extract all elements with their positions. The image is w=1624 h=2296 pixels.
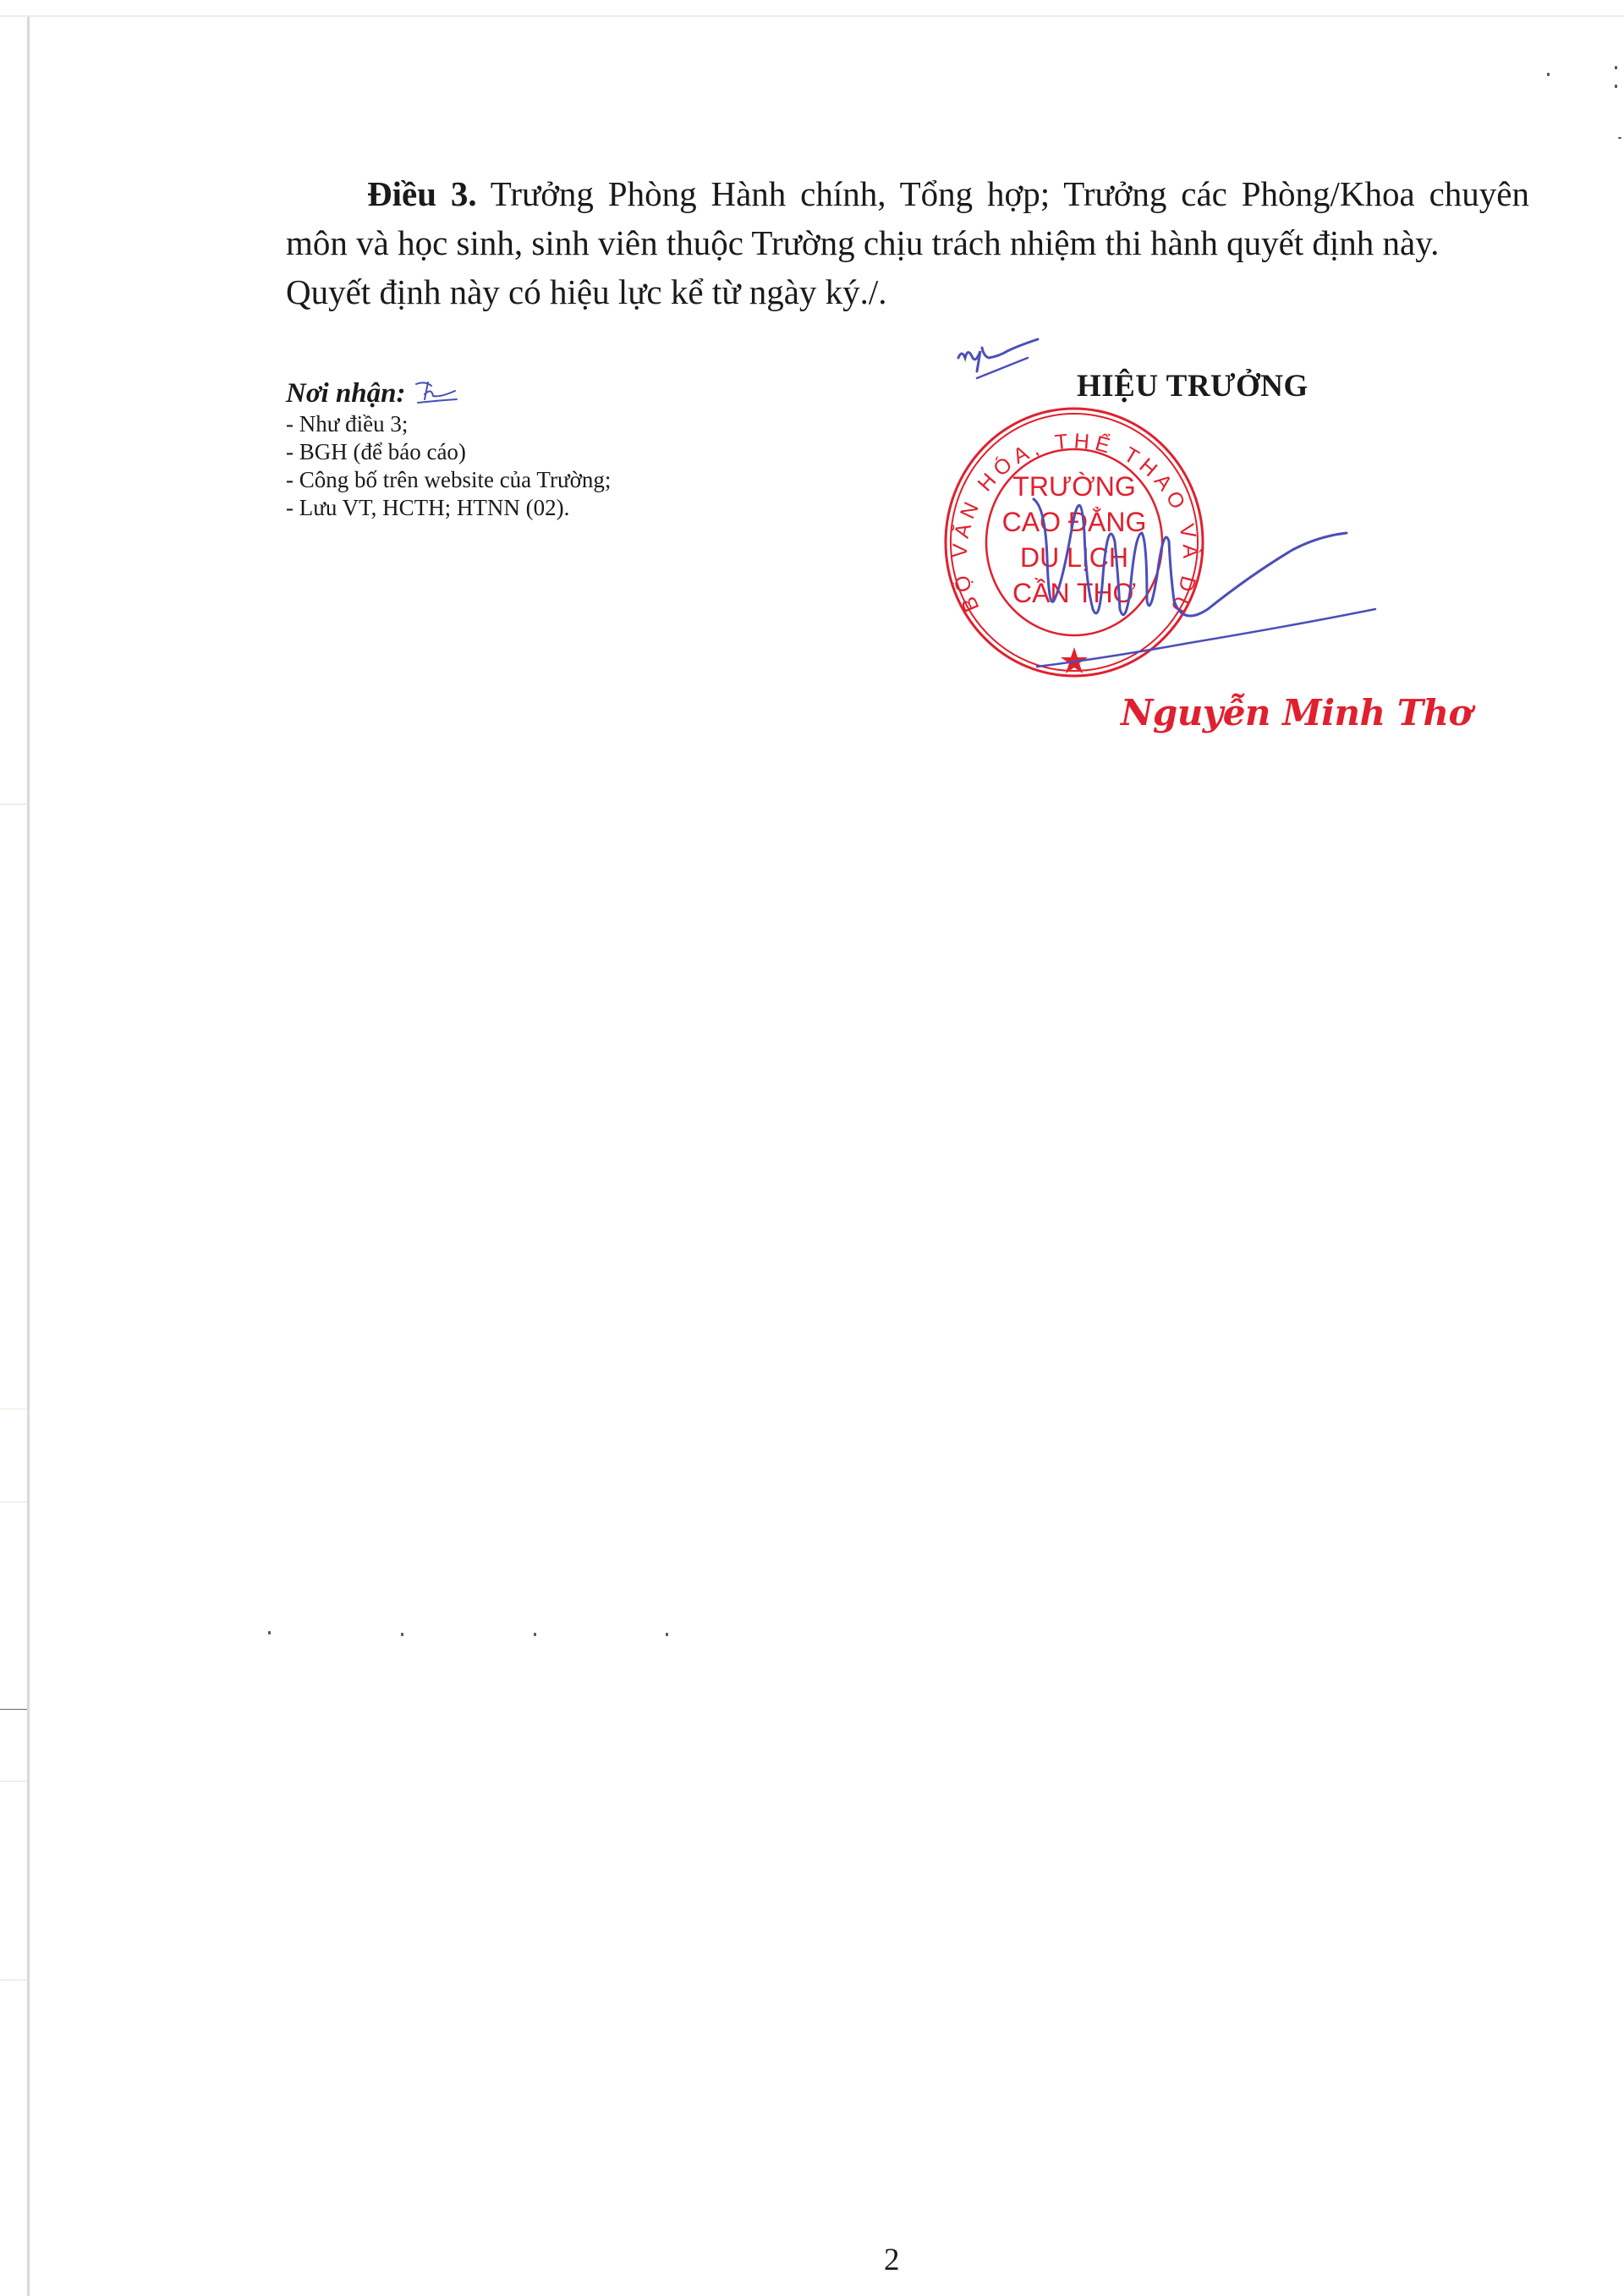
scan-speck bbox=[1615, 66, 1617, 69]
recipients-title: Nơi nhận: bbox=[286, 376, 878, 410]
scan-speck bbox=[1618, 137, 1621, 139]
signer-title: HIỆU TRƯỞNG bbox=[1077, 368, 1309, 404]
margin-mark bbox=[0, 1709, 27, 1710]
scan-speck bbox=[666, 1633, 668, 1636]
scan-speck bbox=[268, 1631, 271, 1634]
recipients-block: Nơi nhận: - Như điều 3; - BGH (để báo cá… bbox=[286, 376, 878, 522]
signer-name: Nguyễn Minh Thơ bbox=[1121, 692, 1472, 733]
recipient-item: - Công bố trên website của Trường; bbox=[286, 466, 878, 494]
handwritten-initials-icon bbox=[952, 326, 1053, 385]
scan-speck bbox=[1615, 85, 1617, 88]
scan-speck bbox=[401, 1633, 403, 1636]
article-3-label: Điều 3. bbox=[367, 174, 477, 213]
margin-mark bbox=[0, 1409, 27, 1409]
scan-speck bbox=[534, 1633, 536, 1636]
scan-speck bbox=[1547, 73, 1550, 76]
document-body: Điều 3. Trưởng Phòng Hành chính, Tổng hợ… bbox=[286, 169, 1529, 316]
recipient-item: - BGH (để báo cáo) bbox=[286, 438, 878, 466]
handwritten-initials-small-icon bbox=[413, 379, 464, 406]
article-3-paragraph: Điều 3. Trưởng Phòng Hành chính, Tổng hợ… bbox=[286, 169, 1529, 267]
margin-mark bbox=[0, 1980, 27, 1980]
recipient-item: - Như điều 3; bbox=[286, 410, 878, 438]
margin-mark bbox=[0, 1781, 27, 1782]
margin-mark bbox=[0, 804, 27, 805]
recipient-item: - Lưu VT, HCTH; HTNN (02). bbox=[286, 494, 878, 522]
scan-left-edge bbox=[27, 17, 30, 2296]
scan-top-edge bbox=[0, 15, 1624, 17]
margin-mark bbox=[0, 1502, 27, 1502]
page-number: 2 bbox=[884, 2242, 900, 2278]
effective-clause: Quyết định này có hiệu lực kể từ ngày ký… bbox=[286, 267, 1529, 316]
handwritten-signature-icon bbox=[1032, 482, 1489, 677]
